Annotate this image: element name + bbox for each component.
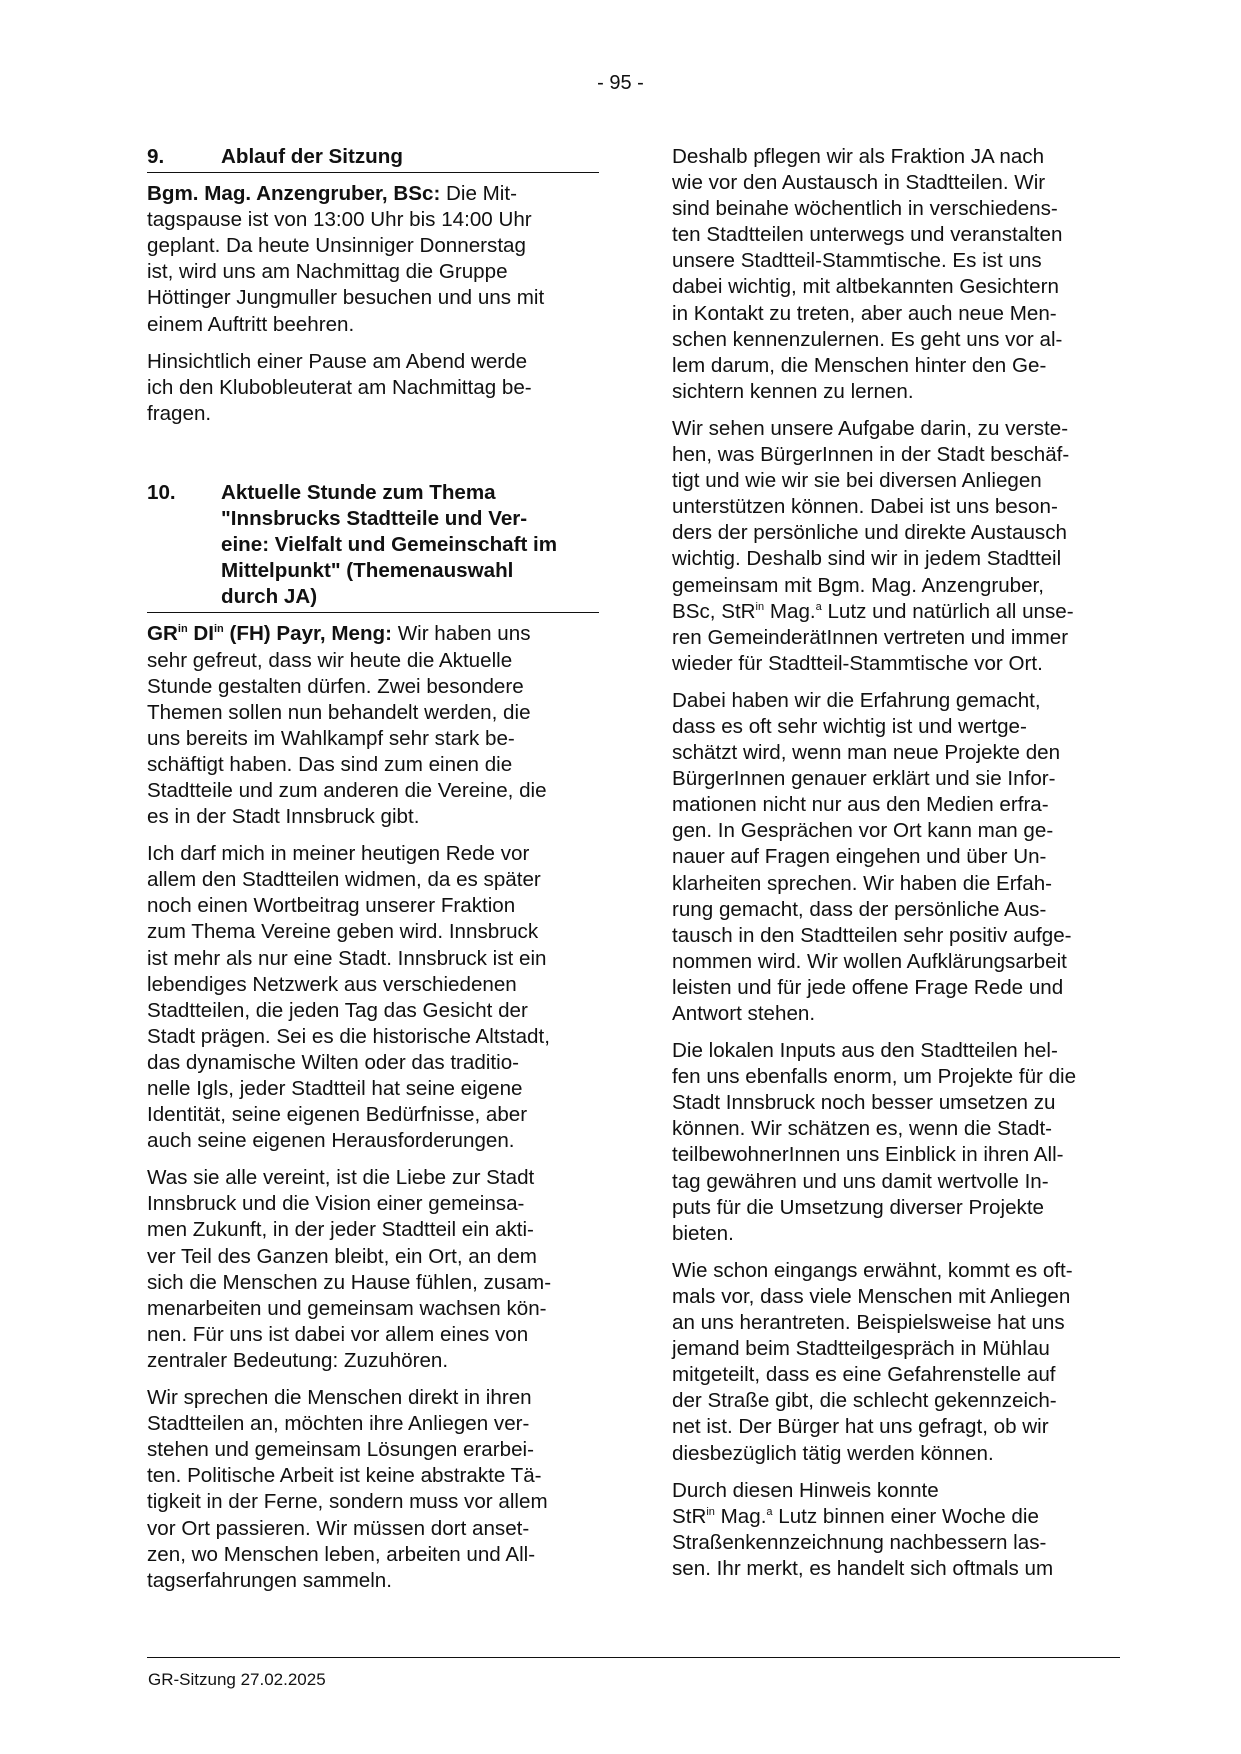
speaker-name: GRin DIin (FH) Payr, Meng:: [147, 622, 392, 645]
title-line: durch JA): [221, 585, 317, 608]
footer-divider: [147, 1657, 1120, 1658]
paragraph: Dabei haben wir die Erfahrung gemacht, d…: [672, 688, 1124, 1027]
left-column: 9. Ablauf der Sitzung Bgm. Mag. Anzengru…: [147, 144, 599, 1605]
title-line: eine: Vielfalt und Gemeinschaft im: [221, 533, 557, 556]
paragraph-text: Wir haben uns sehr gefreut, dass wir heu…: [147, 622, 547, 828]
paragraph: Wir sehen unsere Aufgabe darin, zu verst…: [672, 416, 1124, 677]
section-number: 9.: [147, 144, 221, 170]
footer-session-date: GR-Sitzung 27.02.2025: [148, 1670, 326, 1690]
section-10-heading: 10. Aktuelle Stunde zum Thema "Innsbruck…: [147, 480, 599, 613]
right-column: Deshalb pflegen wir als Fraktion JA nach…: [672, 144, 1124, 1593]
title-line: Aktuelle Stunde zum Thema: [221, 481, 496, 504]
paragraph: GRin DIin (FH) Payr, Meng: Wir haben uns…: [147, 621, 599, 830]
paragraph: Wie schon eingangs erwähnt, kommt es oft…: [672, 1258, 1124, 1467]
section-title: Ablauf der Sitzung: [221, 144, 599, 170]
paragraph: Bgm. Mag. Anzengruber, BSc: Die Mit- tag…: [147, 181, 599, 338]
title-line: "Innsbrucks Stadtteile und Ver-: [221, 507, 527, 530]
speaker-name: Bgm. Mag. Anzengruber, BSc:: [147, 182, 440, 205]
paragraph: Was sie alle vereint, ist die Liebe zur …: [147, 1165, 599, 1374]
paragraph: Durch diesen Hinweis konnte StRin Mag.a …: [672, 1478, 1124, 1582]
paragraph: Wir sprechen die Menschen direkt in ihre…: [147, 1385, 599, 1594]
section-number: 10.: [147, 480, 221, 610]
page-number: - 95 -: [0, 72, 1241, 95]
paragraph-text: Die Mit- tagspause ist von 13:00 Uhr bis…: [147, 182, 544, 335]
paragraph: Die lokalen Inputs aus den Stadtteilen h…: [672, 1038, 1124, 1247]
paragraph: Deshalb pflegen wir als Fraktion JA nach…: [672, 144, 1124, 405]
section-title: Aktuelle Stunde zum Thema "Innsbrucks St…: [221, 480, 599, 610]
section-9-heading: 9. Ablauf der Sitzung: [147, 144, 599, 173]
title-line: Mittelpunkt" (Themenauswahl: [221, 559, 513, 582]
paragraph: Hinsichtlich einer Pause am Abend werde …: [147, 349, 599, 427]
paragraph: Ich darf mich in meiner heutigen Rede vo…: [147, 841, 599, 1154]
